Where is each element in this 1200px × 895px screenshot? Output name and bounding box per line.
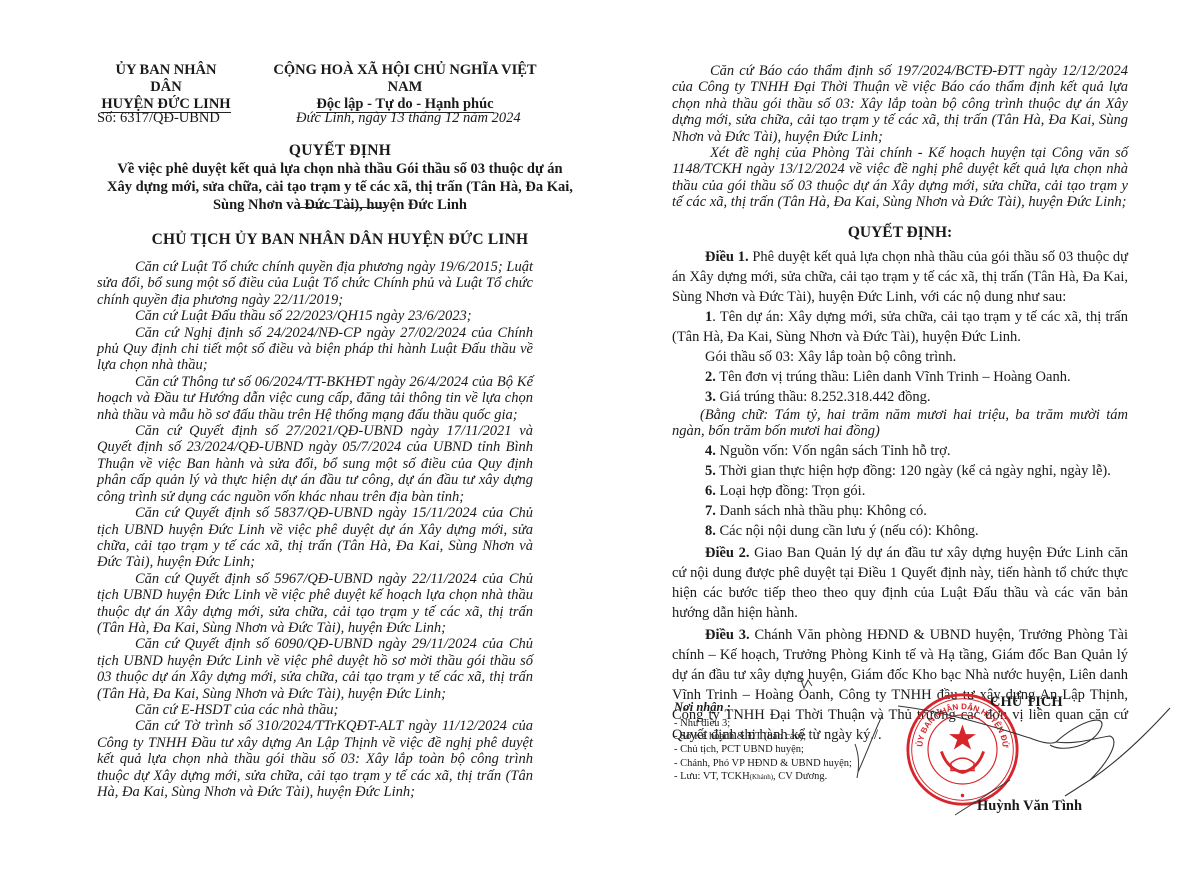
title-subject-1: Về việc phê duyệt kết quả lựa chọn nhà t… <box>90 160 590 178</box>
article-1-item: Tên đơn vị trúng thầu: Liên danh Vĩnh Tr… <box>716 369 1071 385</box>
article-1-item: Gói thầu số 03: Xây lắp toàn bộ công trì… <box>672 347 1128 367</box>
article-1-item: Các nội nội dung cần lưu ý (nếu có): Khô… <box>716 523 979 539</box>
legal-basis: Căn cứ Quyết định số 6090/QĐ-UBND ngày 2… <box>97 636 533 702</box>
legal-basis: Xét đề nghị của Phòng Tài chính - Kế hoạ… <box>672 145 1128 211</box>
article-1-item: Thời gian thực hiện hợp đồng: 120 ngày (… <box>716 463 1111 479</box>
document-title: QUYẾT ĐỊNH Về việc phê duyệt kết quả lựa… <box>90 142 590 214</box>
issuing-authority: ỦY BAN NHÂN DÂN HUYỆN ĐỨC LINH <box>100 62 232 113</box>
article-1-item: Danh sách nhà thầu phụ: Không có. <box>716 503 927 519</box>
legal-basis: Căn cứ E-HSDT của các nhà thầu; <box>97 702 533 718</box>
legal-basis: Căn cứ Báo cáo thẩm định số 197/2024/BCT… <box>672 63 1128 145</box>
article-1-label: Điều 1. <box>705 249 749 265</box>
recipient-item: - Lưu: VT, TCKH(Khánh), CV Dương. <box>674 770 852 784</box>
recipients-block: Nơi nhận : - Như điều 3; - Sở Kế hoạch &… <box>674 700 852 784</box>
article-1: Điều 1. Phê duyệt kết quả lựa chọn nhà t… <box>672 247 1128 745</box>
authority-heading: CHỦ TỊCH ỦY BAN NHÂN DÂN HUYỆN ĐỨC LINH <box>90 231 590 249</box>
recipients-title: Nơi nhận : <box>674 700 852 715</box>
recipient-item: - Chánh, Phó VP HĐND & UBND huyện; <box>674 757 852 770</box>
article-3-label: Điều 3. <box>705 627 750 643</box>
legal-bases-right: Căn cứ Báo cáo thẩm định số 197/2024/BCT… <box>672 63 1128 211</box>
signatory-name: Huỳnh Văn Tình <box>977 798 1082 815</box>
legal-bases-left: Căn cứ Luật Tổ chức chính quyền địa phươ… <box>97 259 533 800</box>
title-subject-2: Xây dựng mới, sửa chữa, cải tạo trạm y t… <box>90 178 590 196</box>
decision-heading: QUYẾT ĐỊNH: <box>640 224 1160 242</box>
title-main: QUYẾT ĐỊNH <box>90 142 590 160</box>
recipient-item: - Chủ tịch, PCT UBND huyện; <box>674 743 852 756</box>
article-1-item: Nguồn vốn: Vốn ngân sách Tỉnh hỗ trợ. <box>716 443 951 459</box>
legal-basis: Căn cứ Luật Đấu thầu số 22/2023/QH15 ngà… <box>97 308 533 324</box>
nation-line-1: CỘNG HOÀ XÃ HỘI CHỦ NGHĨA VIỆT NAM <box>255 62 555 96</box>
article-1-item: . Tên dự án: Xây dựng mới, sửa chữa, cải… <box>672 309 1128 345</box>
org-line-1: ỦY BAN NHÂN DÂN <box>100 62 232 96</box>
signatory-title: CHỦ TỊCH <box>990 694 1063 711</box>
title-subject-3: Sùng Nhơn và Đức Tài), huyện Đức Linh <box>90 196 590 214</box>
recipient-item: - Sở Kế hoạch & ĐT (báo cáo); <box>674 730 852 743</box>
article-2-label: Điều 2. <box>705 545 749 561</box>
legal-basis: Căn cứ Quyết định số 5967/QĐ-UBND ngày 2… <box>97 571 533 637</box>
legal-basis: Căn cứ Quyết định số 27/2021/QĐ-UBND ngà… <box>97 423 533 505</box>
legal-basis: Căn cứ Quyết định số 5837/QĐ-UBND ngày 1… <box>97 505 533 571</box>
price-in-words: (Bằng chữ: Tám tỷ, hai trăm năm mươi hai… <box>672 407 1128 439</box>
national-motto: CỘNG HOÀ XÃ HỘI CHỦ NGHĨA VIỆT NAM Độc l… <box>255 62 555 113</box>
recipient-item: - Như điều 3; <box>674 717 852 730</box>
title-underline <box>300 207 385 208</box>
article-1-item: Loại hợp đồng: Trọn gói. <box>716 483 865 499</box>
place-date: Đức Linh, ngày 13 tháng 12 năm 2024 <box>296 110 521 127</box>
legal-basis: Căn cứ Nghị định số 24/2024/NĐ-CP ngày 2… <box>97 325 533 374</box>
legal-basis: Căn cứ Luật Tổ chức chính quyền địa phươ… <box>97 259 533 308</box>
document-number: Số: 6317/QĐ-UBND <box>97 110 220 127</box>
article-1-item: Giá trúng thầu: 8.252.318.442 đồng. <box>716 389 931 405</box>
legal-basis: Căn cứ Tờ trình số 310/2024/TTrKQĐT-ALT … <box>97 718 533 800</box>
legal-basis: Căn cứ Thông tư số 06/2024/TT-BKHĐT ngày… <box>97 374 533 423</box>
